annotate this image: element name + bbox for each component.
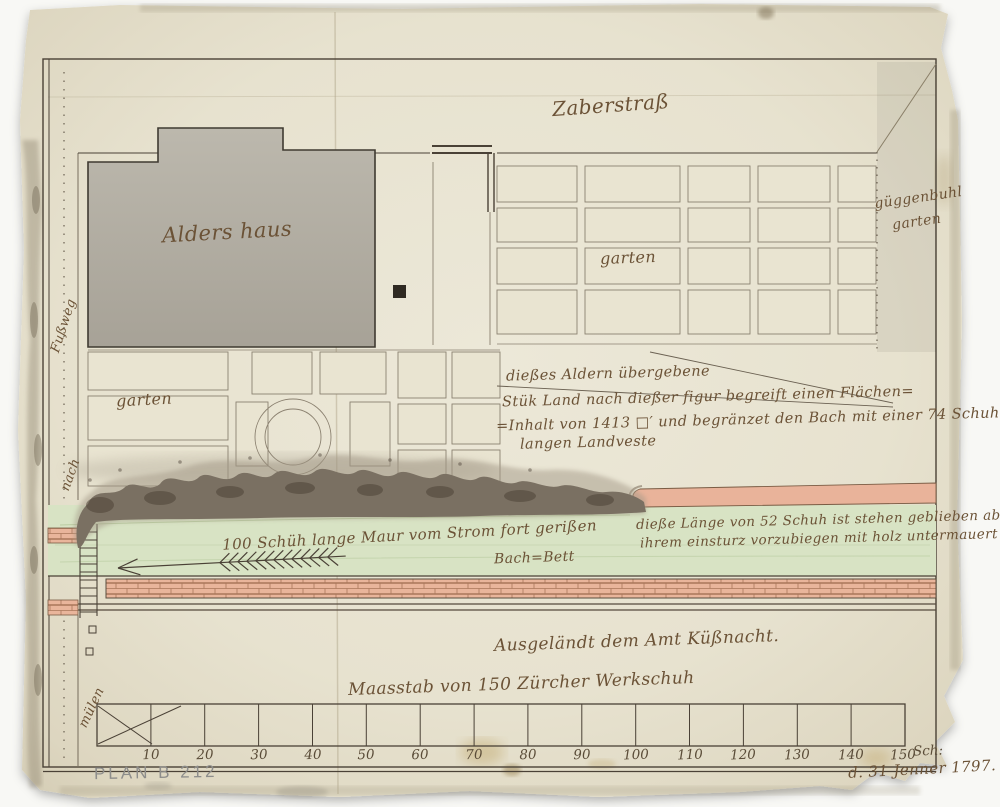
stream-bed-label: Bach=Bett — [494, 549, 575, 568]
garden-label-right: garten — [600, 247, 657, 268]
scale-tick-120: 120 — [730, 747, 756, 764]
scale-tick-140: 140 — [838, 747, 864, 764]
scale-tick-80: 80 — [519, 747, 537, 764]
scale-tick-130: 130 — [784, 747, 810, 764]
scale-tick-20: 20 — [196, 747, 214, 764]
scale-tick-50: 50 — [357, 747, 375, 764]
scale-tick-70: 70 — [465, 747, 483, 764]
scale-tick-10: 10 — [142, 747, 160, 764]
scanned-plan: Zaberstraß Alders haus garten güggenbuhl… — [0, 0, 1000, 807]
garden-label-left: garten — [116, 389, 173, 411]
scale-tick-100: 100 — [623, 747, 649, 764]
boundary-marker — [393, 285, 406, 298]
scale-tick-30: 30 — [250, 747, 268, 764]
scale-tick-40: 40 — [304, 747, 322, 764]
scale-tick-60: 60 — [411, 747, 429, 764]
scale-unit-label: Sch: — [913, 742, 944, 759]
scale-tick-90: 90 — [573, 747, 591, 764]
archive-stamp: PLAN B 212 — [94, 762, 218, 784]
scale-tick-110: 110 — [676, 747, 702, 764]
